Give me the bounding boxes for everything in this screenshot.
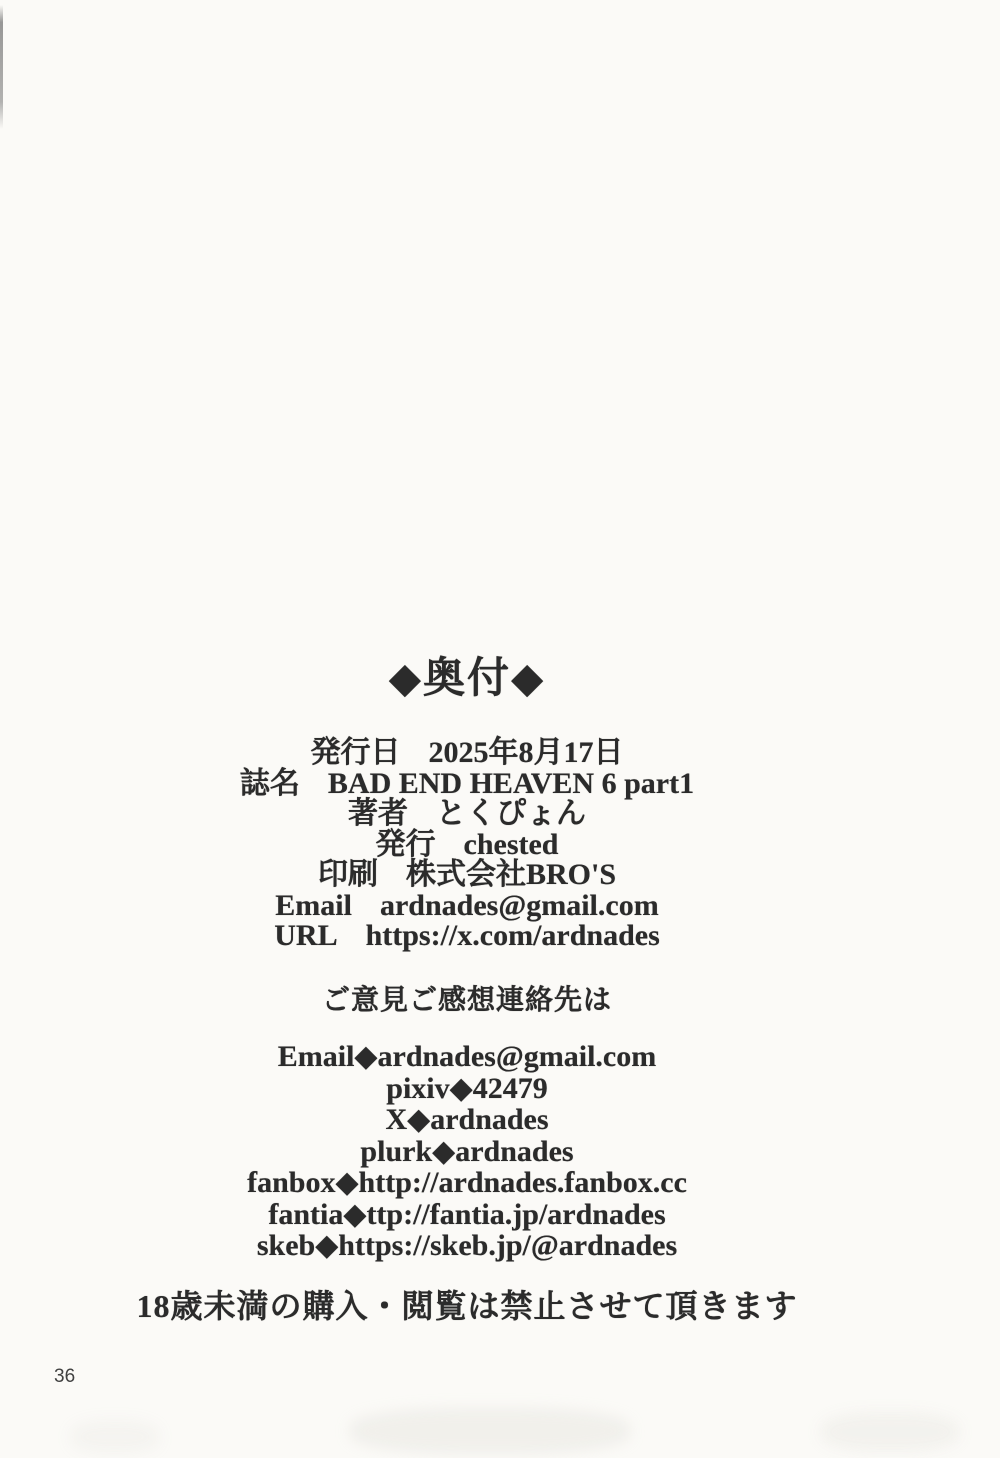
contact-list: Email◆ardnades@gmail.com pixiv◆42479 X◆a… [0, 1041, 934, 1262]
diamond-separator-icon: ◆ [354, 1040, 377, 1073]
colophon-row: 著者 とくぴょん [0, 799, 934, 830]
colophon-label: 誌名 [240, 769, 300, 800]
contact-label: skeb [257, 1229, 315, 1262]
diamond-separator-icon: ◆ [407, 1103, 430, 1136]
colophon-label: URL [274, 921, 337, 952]
colophon-row: 誌名 BAD END HEAVEN 6 part1 [0, 769, 934, 800]
contact-label: fanbox [247, 1166, 335, 1199]
page-number: 36 [54, 1366, 75, 1388]
colophon-value: 2025年8月17日 [429, 738, 624, 769]
colophon-value: https://x.com/ardnades [366, 921, 660, 952]
scan-showthrough-artifact [820, 1412, 960, 1452]
contact-row: X◆ardnades [0, 1104, 934, 1136]
colophon-label: 発行 [376, 830, 436, 861]
colophon-label: 発行日 [311, 738, 401, 769]
scan-showthrough-artifact [70, 1420, 160, 1454]
diamond-separator-icon: ◆ [315, 1229, 338, 1262]
colophon-info: 発行日 2025年8月17日 誌名 BAD END HEAVEN 6 part1… [0, 738, 934, 952]
contact-row: skeb◆https://skeb.jp/@ardnades [0, 1230, 934, 1262]
contact-value: 42479 [473, 1072, 548, 1105]
contact-value: http://ardnades.fanbox.cc [359, 1166, 687, 1199]
contact-label: Email [278, 1040, 355, 1073]
contact-label: plurk [360, 1135, 432, 1168]
contact-row: plurk◆ardnades [0, 1136, 934, 1168]
contact-value: ardnades@gmail.com [378, 1040, 657, 1073]
contact-row: pixiv◆42479 [0, 1073, 934, 1105]
contact-label: pixiv [386, 1072, 449, 1105]
contact-label: fantia [268, 1198, 343, 1231]
scan-showthrough-artifact [350, 1408, 630, 1454]
contact-row: Email◆ardnades@gmail.com [0, 1041, 934, 1073]
contact-value: ttp://fantia.jp/ardnades [366, 1198, 665, 1231]
diamond-separator-icon: ◆ [432, 1135, 455, 1168]
scan-edge-artifact [0, 5, 3, 129]
contact-value: ardnades [430, 1103, 548, 1136]
contact-value: ardnades [455, 1135, 573, 1168]
colophon-value: ardnades@gmail.com [380, 891, 659, 922]
colophon-row: 印刷 株式会社BRO'S [0, 860, 934, 891]
colophon-value: chested [464, 830, 559, 861]
contact-row: fanbox◆http://ardnades.fanbox.cc [0, 1167, 934, 1199]
colophon-row: URL https://x.com/ardnades [0, 921, 934, 952]
colophon-label: 印刷 [318, 860, 378, 891]
age-restriction-notice: 18歳未満の購入・閲覧は禁止させて頂きます [0, 1281, 934, 1327]
colophon-label: Email [275, 891, 352, 922]
diamond-separator-icon: ◆ [450, 1072, 473, 1105]
colophon-value: とくぴょん [436, 799, 586, 830]
colophon-row: 発行日 2025年8月17日 [0, 738, 934, 769]
contact-value: https://skeb.jp/@ardnades [338, 1229, 677, 1262]
colophon-page: ◆奥付◆ 発行日 2025年8月17日 誌名 BAD END HEAVEN 6 … [0, 0, 1000, 1458]
colophon-row: 発行 chested [0, 830, 934, 861]
colophon-value: 株式会社BRO'S [406, 860, 616, 891]
colophon-value: BAD END HEAVEN 6 part1 [328, 769, 694, 800]
contact-label: X [385, 1103, 407, 1136]
contact-row: fantia◆ttp://fantia.jp/ardnades [0, 1199, 934, 1231]
contact-heading: ご意見ご感想連絡先は [0, 978, 934, 1018]
diamond-separator-icon: ◆ [335, 1166, 358, 1199]
diamond-separator-icon: ◆ [343, 1198, 366, 1231]
colophon-label: 著者 [348, 799, 408, 830]
colophon-row: Email ardnades@gmail.com [0, 891, 934, 922]
page-title: ◆奥付◆ [0, 645, 934, 705]
